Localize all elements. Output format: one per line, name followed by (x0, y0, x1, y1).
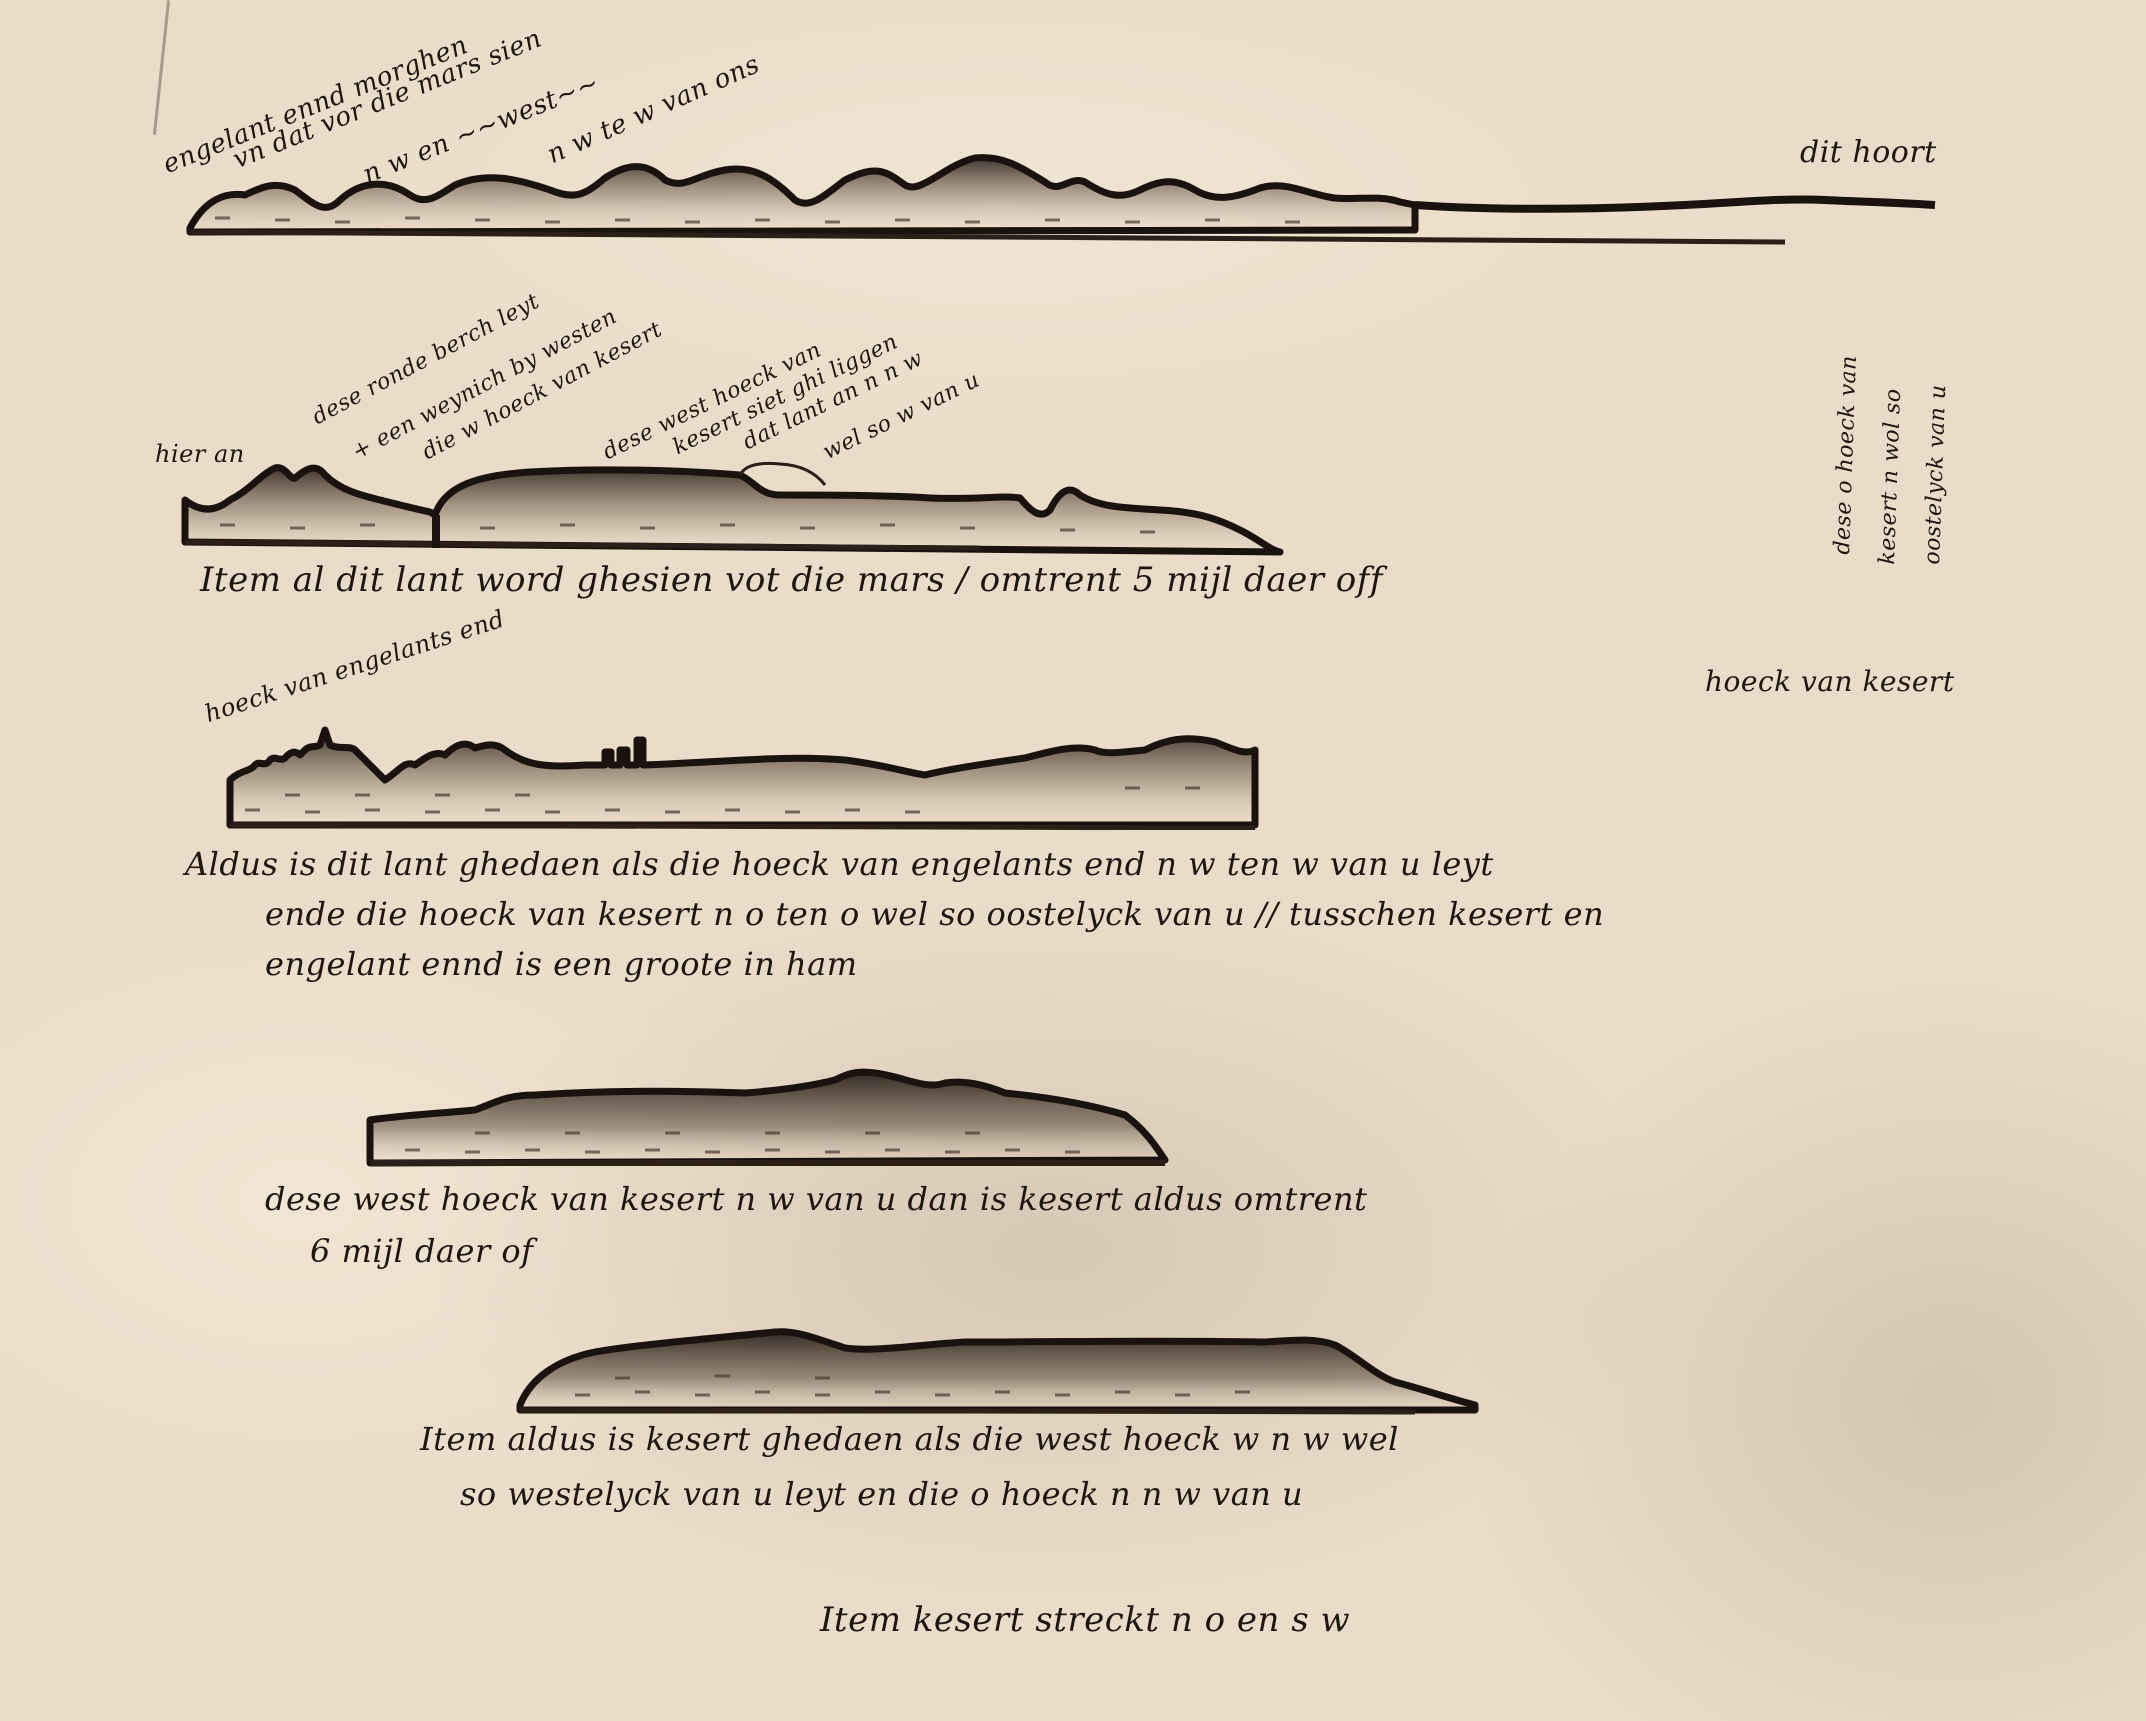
caption-text: ende die hoeck van kesert n o ten o wel … (265, 895, 1604, 933)
caption-text: 6 mijl daer of (310, 1232, 534, 1270)
caption-text: engelant ennd is een groote in ham (265, 945, 858, 983)
margin-rule (153, 0, 170, 135)
coastal-profile-1 (185, 150, 1945, 260)
caption-text: Item aldus is kesert ghedaen als die wes… (420, 1420, 1399, 1458)
coastal-profile-2 (180, 440, 1880, 560)
footer-text: Item kesert streckt n o en s w (820, 1600, 1350, 1640)
place-label: hoeck van kesert (1705, 665, 1955, 698)
coastal-profile-4 (365, 1055, 1605, 1175)
caption-text: so westelyck van u leyt en die o hoeck n… (460, 1475, 1303, 1513)
caption-text: dese west hoeck van kesert n w van u dan… (265, 1180, 1367, 1218)
caption-text: Item al dit lant word ghesien vot die ma… (200, 560, 1383, 600)
coastal-profile-3 (225, 710, 1805, 830)
annotation-vertical: oostelyck van u (1920, 384, 1951, 565)
caption-text: Aldus is dit lant ghedaen als die hoeck … (185, 845, 1494, 883)
coastal-profile-5 (515, 1320, 1515, 1420)
